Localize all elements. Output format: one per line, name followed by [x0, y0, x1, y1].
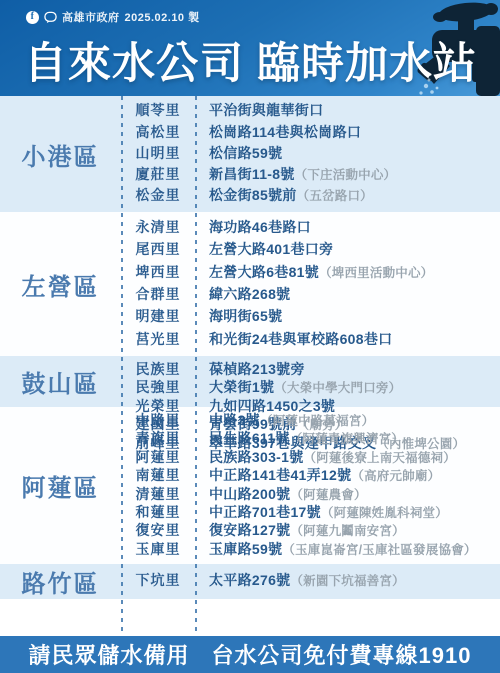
- village-label: 和蓮里: [121, 504, 195, 520]
- footer-hotline: 台水公司免付費專線1910: [212, 639, 472, 670]
- station-row: 埤西里左營大路6巷81號（埤西里活動中心）: [121, 264, 500, 282]
- column-divider-village: [195, 96, 197, 636]
- address-text: 松信路59號: [209, 145, 282, 161]
- address-text: 中正路141巷41弄12號: [209, 467, 351, 483]
- station-address: 大榮街1號（大榮中學大門口旁）: [195, 379, 500, 397]
- district-label: 左營區: [0, 212, 121, 356]
- district-section: 左營區永清里海功路46巷路口尾西里左營大路401巷口旁埤西里左營大路6巷81號（…: [0, 212, 500, 356]
- address-text: 左營大路401巷口旁: [209, 241, 333, 257]
- station-rows: 下坑里太平路276號（新園下坑福善宮）: [121, 564, 500, 599]
- station-address: 松信路59號: [195, 145, 500, 163]
- address-text: 大榮街1號: [209, 379, 274, 395]
- station-address: 葆楨路213號旁: [195, 361, 500, 379]
- station-address: 太平路276號（新園下坑福善宮）: [195, 572, 500, 590]
- station-row: 下坑里太平路276號（新園下坑福善宮）: [121, 572, 500, 590]
- station-address: 松崗路114巷與松崗路口: [195, 124, 500, 142]
- address-text: 民族路303-1號: [209, 449, 304, 465]
- address-note: （阿蓮農會）: [290, 488, 366, 502]
- station-row: 中路里中路3號（阿蓮中路萬福宮）: [121, 412, 500, 430]
- page-title: 自來水公司 臨時加水站: [24, 30, 477, 91]
- village-label: 青旗里: [121, 430, 195, 446]
- station-row: 民強里大榮街1號（大榮中學大門口旁）: [121, 379, 500, 397]
- village-label: 尾西里: [121, 241, 195, 257]
- address-note: （下庄活動中心）: [295, 168, 397, 182]
- station-rows: 中路里中路3號（阿蓮中路萬福宮）青旗里民生路611號（阿蓮青旗興濟宮）阿蓮里民族…: [121, 407, 500, 564]
- station-row: 玉庫里玉庫路59號（玉庫崑崙宮/玉庫社區發展協會）: [121, 541, 500, 559]
- address-note: （阿蓮中路萬福宮）: [260, 414, 374, 428]
- village-label: 莒光里: [121, 331, 195, 347]
- line-icon: [44, 11, 57, 24]
- district-section: 阿蓮區中路里中路3號（阿蓮中路萬福宮）青旗里民生路611號（阿蓮青旗興濟宮）阿蓮…: [0, 407, 500, 564]
- station-row: 廈莊里新昌街11-8號（下庄活動中心）: [121, 166, 500, 184]
- address-text: 太平路276號: [209, 572, 290, 588]
- address-note: （阿蓮九鬮南安宮）: [290, 524, 404, 538]
- address-text: 葆楨路213號旁: [209, 361, 305, 377]
- station-address: 左營大路6巷81號（埤西里活動中心）: [195, 264, 500, 282]
- station-row: 復安里復安路127號（阿蓮九鬮南安宮）: [121, 522, 500, 540]
- village-label: 中路里: [121, 412, 195, 428]
- station-address: 海功路46巷路口: [195, 219, 500, 237]
- station-row: 山明里松信路59號: [121, 145, 500, 163]
- village-label: 復安里: [121, 522, 195, 538]
- village-label: 廈莊里: [121, 166, 195, 182]
- village-label: 阿蓮里: [121, 449, 195, 465]
- header: f 高雄市政府 2025.02.10 製 自來水公司 臨時加水站: [0, 0, 500, 96]
- address-note: （高府元帥廟）: [351, 469, 440, 483]
- station-row: 阿蓮里民族路303-1號（阿蓮後寮上南天福德祠）: [121, 449, 500, 467]
- station-address: 復安路127號（阿蓮九鬮南安宮）: [195, 522, 500, 540]
- address-note: （阿蓮後寮上南天福德祠）: [304, 451, 456, 465]
- water-station-poster: f 高雄市政府 2025.02.10 製 自來水公司 臨時加水站: [0, 0, 500, 673]
- station-address: 松金街85號前（五岔路口）: [195, 187, 500, 205]
- village-label: 南蓮里: [121, 467, 195, 483]
- district-section: 路竹區下坑里太平路276號（新園下坑福善宮）: [0, 564, 500, 599]
- address-text: 平治街與龍華街口: [209, 102, 323, 118]
- station-address: 民生路611號（阿蓮青旗興濟宮）: [195, 430, 500, 448]
- address-note: （阿蓮陳姓胤科祠堂）: [321, 506, 448, 520]
- address-text: 海明街65號: [209, 308, 282, 324]
- station-address: 民族路303-1號（阿蓮後寮上南天福德祠）: [195, 449, 500, 467]
- station-table: 小港區順苓里平治街與龍華街口高松里松崗路114巷與松崗路口山明里松信路59號廈莊…: [0, 96, 500, 636]
- address-text: 中路3號: [209, 412, 260, 428]
- address-note: （大榮中學大門口旁）: [274, 381, 401, 395]
- station-row: 高松里松崗路114巷與松崗路口: [121, 124, 500, 142]
- station-address: 海明街65號: [195, 308, 500, 326]
- address-text: 緯六路268號: [209, 286, 290, 302]
- station-row: 南蓮里中正路141巷41弄12號（高府元帥廟）: [121, 467, 500, 485]
- address-text: 復安路127號: [209, 522, 290, 538]
- footer-bar: 請民眾儲水備用 台水公司免付費專線1910: [0, 636, 500, 673]
- district-label: 鼓山區: [0, 356, 121, 407]
- district-section: 小港區順苓里平治街與龍華街口高松里松崗路114巷與松崗路口山明里松信路59號廈莊…: [0, 96, 500, 212]
- station-row: 永清里海功路46巷路口: [121, 219, 500, 237]
- station-rows: 永清里海功路46巷路口尾西里左營大路401巷口旁埤西里左營大路6巷81號（埤西里…: [121, 212, 500, 356]
- village-label: 民族里: [121, 361, 195, 377]
- address-text: 民生路611號: [209, 430, 290, 446]
- station-row: 莒光里和光街24巷與軍校路608巷口: [121, 331, 500, 349]
- station-address: 中正路141巷41弄12號（高府元帥廟）: [195, 467, 500, 485]
- station-row: 民族里葆楨路213號旁: [121, 361, 500, 379]
- footer-notice: 請民眾儲水備用: [29, 639, 190, 670]
- address-text: 左營大路6巷81號: [209, 264, 319, 280]
- date-label: 2025.02.10 製: [125, 9, 200, 25]
- address-text: 玉庫路59號: [209, 541, 282, 557]
- address-text: 中正路701巷17號: [209, 504, 321, 520]
- station-row: 清蓮里中山路200號（阿蓮農會）: [121, 486, 500, 504]
- column-divider-district: [121, 96, 123, 636]
- village-label: 順苓里: [121, 102, 195, 118]
- station-row: 和蓮里中正路701巷17號（阿蓮陳姓胤科祠堂）: [121, 504, 500, 522]
- station-address: 左營大路401巷口旁: [195, 241, 500, 259]
- address-text: 海功路46巷路口: [209, 219, 311, 235]
- village-label: 玉庫里: [121, 541, 195, 557]
- address-note: （埤西里活動中心）: [319, 266, 433, 280]
- station-address: 平治街與龍華街口: [195, 102, 500, 120]
- station-row: 順苓里平治街與龍華街口: [121, 102, 500, 120]
- district-label: 阿蓮區: [0, 407, 121, 564]
- station-row: 尾西里左營大路401巷口旁: [121, 241, 500, 259]
- address-note: （阿蓮青旗興濟宮）: [290, 432, 404, 446]
- station-rows: 順苓里平治街與龍華街口高松里松崗路114巷與松崗路口山明里松信路59號廈莊里新昌…: [121, 96, 500, 212]
- address-note: （五岔路口）: [297, 189, 373, 203]
- station-address: 玉庫路59號（玉庫崑崙宮/玉庫社區發展協會）: [195, 541, 500, 559]
- meta-row: f 高雄市政府 2025.02.10 製: [26, 9, 200, 25]
- village-label: 山明里: [121, 145, 195, 161]
- station-row: 青旗里民生路611號（阿蓮青旗興濟宮）: [121, 430, 500, 448]
- station-row: 明建里海明街65號: [121, 308, 500, 326]
- address-text: 中山路200號: [209, 486, 290, 502]
- district-section: 鼓山區民族里葆楨路213號旁民強里大榮街1號（大榮中學大門口旁）光榮里九如四路1…: [0, 356, 500, 407]
- village-label: 永清里: [121, 219, 195, 235]
- station-address: 中路3號（阿蓮中路萬福宮）: [195, 412, 500, 430]
- village-label: 明建里: [121, 308, 195, 324]
- station-address: 新昌街11-8號（下庄活動中心）: [195, 166, 500, 184]
- station-row: 松金里松金街85號前（五岔路口）: [121, 187, 500, 205]
- address-note: （新園下坑福善宮）: [290, 574, 404, 588]
- district-label: 路竹區: [0, 564, 121, 599]
- station-address: 中正路701巷17號（阿蓮陳姓胤科祠堂）: [195, 504, 500, 522]
- station-address: 中山路200號（阿蓮農會）: [195, 486, 500, 504]
- station-rows: 民族里葆楨路213號旁民強里大榮街1號（大榮中學大門口旁）光榮里九如四路1450…: [121, 356, 500, 407]
- village-label: 民強里: [121, 379, 195, 395]
- village-label: 下坑里: [121, 572, 195, 588]
- station-address: 緯六路268號: [195, 286, 500, 304]
- station-address: 和光街24巷與軍校路608巷口: [195, 331, 500, 349]
- village-label: 松金里: [121, 187, 195, 203]
- village-label: 清蓮里: [121, 486, 195, 502]
- address-text: 松崗路114巷與松崗路口: [209, 124, 361, 140]
- village-label: 高松里: [121, 124, 195, 140]
- source-label: 高雄市政府: [62, 9, 120, 25]
- district-label: 小港區: [0, 96, 121, 212]
- address-text: 和光街24巷與軍校路608巷口: [209, 331, 392, 347]
- address-text: 新昌街11-8號: [209, 166, 295, 182]
- station-row: 合群里緯六路268號: [121, 286, 500, 304]
- facebook-icon: f: [26, 11, 39, 24]
- village-label: 合群里: [121, 286, 195, 302]
- address-text: 松金街85號前: [209, 187, 297, 203]
- village-label: 埤西里: [121, 264, 195, 280]
- address-note: （玉庫崑崙宮/玉庫社區發展協會）: [282, 543, 476, 557]
